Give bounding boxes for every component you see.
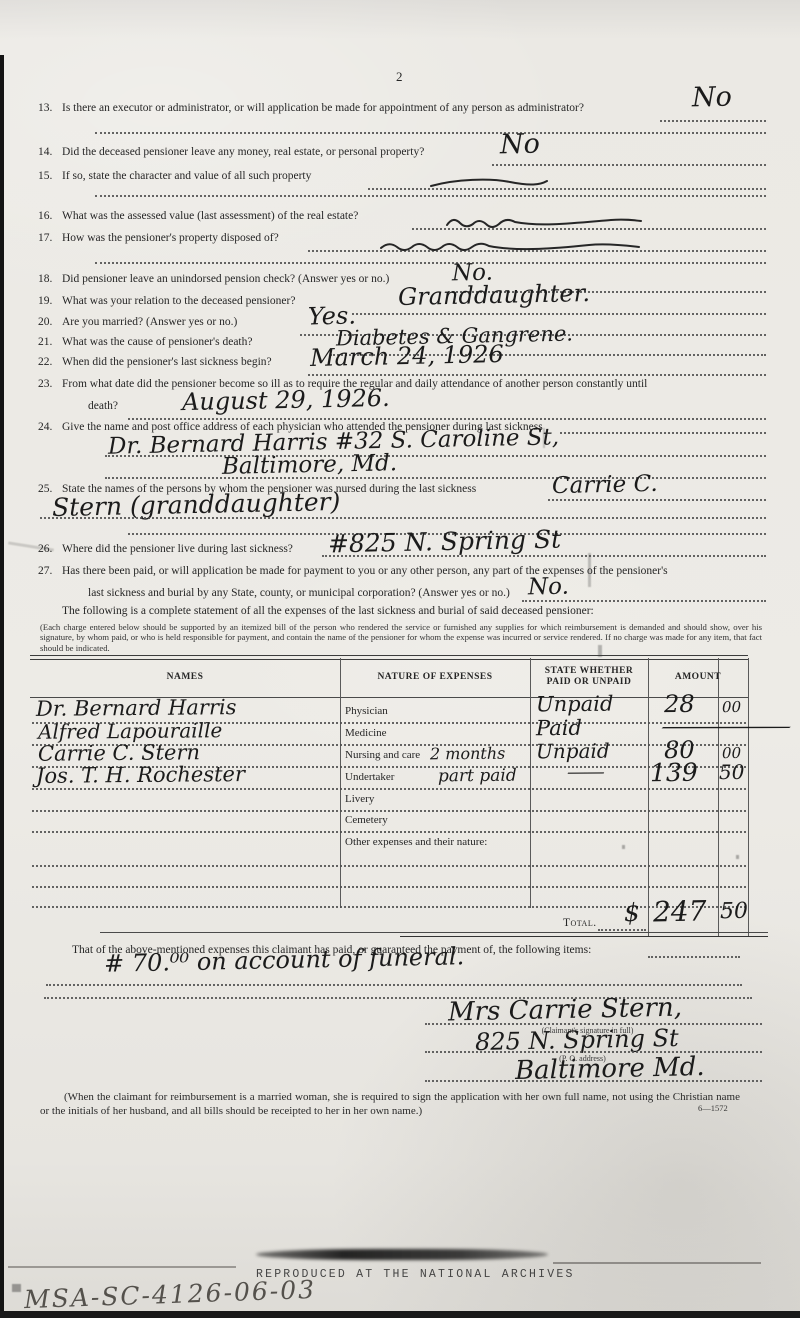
question-24-number: 24. [38, 421, 62, 434]
handwritten-claim-amount: # 70.⁰⁰ on account of funeral. [104, 944, 465, 976]
question-20-number: 20. [38, 316, 62, 329]
handwritten-paid-row3: Unpaid [536, 741, 610, 762]
total-label: Total. [563, 917, 597, 930]
question-15-number: 15. [38, 170, 62, 183]
total-underline [100, 932, 768, 933]
handwritten-squiggle [378, 239, 642, 255]
table-row-line [32, 810, 746, 812]
footer-note: (When the claimant for reimbursement is … [40, 1090, 740, 1118]
dotted-line [46, 984, 742, 986]
question-18-number: 18. [38, 273, 62, 286]
handwritten-answer-23: August 29, 1926. [182, 386, 390, 414]
table-top-rule [30, 655, 748, 660]
ink-dot [736, 855, 739, 859]
handwritten-answer-20: Yes. [308, 304, 356, 329]
handwritten-cents-row3: 00 [722, 746, 741, 761]
dotted-line [425, 1080, 762, 1082]
question-23-number: 23. [38, 378, 62, 391]
dotted-line [40, 517, 766, 519]
question-18: 18.Did pensioner leave an unindorsed pen… [38, 273, 389, 286]
dotted-line [548, 499, 766, 501]
dotted-line [105, 455, 766, 457]
question-21-number: 21. [38, 336, 62, 349]
table-column-divider [530, 658, 531, 908]
expense-label-other: Other expenses and their nature: [345, 836, 487, 848]
table-header-nature: NATURE OF EXPENSES [340, 672, 530, 683]
question-16-number: 16. [38, 210, 62, 223]
table-column-divider [648, 658, 649, 937]
ink-dot [622, 845, 625, 849]
question-26: 26.Where did the pensioner live during l… [38, 543, 293, 556]
handwritten-name-row3: Carrie C. Stern [38, 742, 200, 764]
question-26-number: 26. [38, 543, 62, 556]
handwritten-archive-code: MSA-SC-4126-06-03 [24, 1277, 317, 1312]
handwritten-answer-27: No. [528, 576, 569, 600]
handwritten-dollars-row1: 28 [664, 692, 695, 716]
handwritten-paid-row1: Unpaid [536, 694, 614, 716]
question-14: 14.Did the deceased pensioner leave any … [38, 146, 424, 159]
question-17-number: 17. [38, 232, 62, 245]
dotted-line [560, 432, 766, 434]
question-27-number: 27. [38, 565, 62, 578]
table-header-amount: AMOUNT [648, 672, 748, 683]
handwritten-paid-row4-dash: — [566, 764, 606, 782]
handwritten-answer-13: No [692, 84, 732, 112]
handwritten-name-row2: Alfred Lapouraille [38, 720, 222, 742]
expense-label-physician: Physician [345, 705, 388, 717]
handwritten-answer-14: No [500, 131, 540, 159]
question-23-text-line2: death? [88, 400, 118, 413]
question-27: 27.Has there been paid, or will applicat… [38, 565, 668, 578]
scan-edge-bottom [0, 1311, 800, 1318]
dotted-line [95, 262, 766, 264]
question-13-number: 13. [38, 102, 62, 115]
question-21: 21.What was the cause of pensioner's dea… [38, 336, 252, 349]
scanned-pension-form-page: 2 13.Is there an executor or administrat… [0, 0, 800, 1318]
expense-label-livery: Livery [345, 793, 374, 805]
dotted-line [598, 929, 646, 931]
page-number: 2 [396, 70, 403, 83]
expense-label-medicine: Medicine [345, 727, 387, 739]
handwritten-answer-22: March 24, 1926 [310, 342, 504, 370]
question-14-number: 14. [38, 146, 62, 159]
dotted-line [352, 313, 766, 315]
handwritten-answer-25-line1: Carrie C. [552, 473, 658, 498]
question-21-text: What was the cause of pensioner's death? [62, 336, 252, 348]
handwritten-answer-19: Granddaughter. [398, 281, 591, 309]
question-16: 16.What was the assessed value (last ass… [38, 210, 358, 223]
question-22-text: When did the pensioner's last sickness b… [62, 356, 272, 368]
question-22: 22.When did the pensioner's last sicknes… [38, 356, 272, 369]
handwritten-dollars-row4: 139 [650, 760, 698, 785]
dotted-line [648, 956, 740, 958]
question-18-text: Did pensioner leave an unindorsed pensio… [62, 273, 389, 285]
dotted-line [128, 418, 766, 420]
dotted-line [95, 132, 766, 134]
table-row-line [32, 788, 746, 790]
scan-line-right [553, 1262, 761, 1264]
scan-edge-left [0, 55, 4, 1311]
question-27-text-line2: last sickness and burial by any State, c… [88, 587, 510, 600]
handwritten-name-row4: Jos. T. H. Rochester [36, 764, 245, 787]
handwritten-dollars-row2-dash: — [655, 716, 797, 736]
dotted-line [308, 374, 766, 376]
expense-label-cemetery: Cemetery [345, 814, 388, 826]
handwritten-answer-25-line2: Stern (granddaughter) [52, 489, 341, 520]
question-19: 19.What was your relation to the decease… [38, 295, 295, 308]
table-column-divider [340, 658, 341, 908]
question-17: 17.How was the pensioner's property disp… [38, 232, 279, 245]
handwritten-signature-name: Mrs Carrie Stern, [448, 995, 682, 1026]
ink-blob [12, 1284, 21, 1292]
handwritten-squiggle [444, 214, 650, 230]
question-27-text-line1: Has there been paid, or will application… [62, 565, 668, 577]
dotted-line [105, 477, 766, 479]
handwritten-answer-26: #825 N. Spring St [328, 527, 562, 557]
handwritten-total-dollars: 247 [653, 897, 707, 926]
question-26-text: Where did the pensioner live during last… [62, 543, 293, 555]
table-right-border [748, 658, 749, 937]
handwritten-answer-24-line2: Baltimore, Md. [222, 452, 397, 479]
dotted-line [522, 600, 766, 602]
question-19-text: What was your relation to the deceased p… [62, 295, 295, 307]
expense-label-undertaker: Undertaker [345, 771, 394, 783]
dotted-line [492, 164, 766, 166]
dotted-line [660, 120, 766, 122]
question-13-text: Is there an executor or administrator, o… [62, 102, 584, 114]
expense-label-nursing: Nursing and care [345, 749, 420, 761]
table-header-paid: STATE WHETHER PAID OR UNPAID [530, 666, 648, 688]
table-row-line [32, 886, 746, 888]
stamp-smudge-bar [256, 1249, 548, 1260]
table-row-line [32, 865, 746, 867]
table-header-names: NAMES [30, 672, 340, 683]
handwritten-note-undertaker: part paid [438, 768, 517, 786]
question-14-text: Did the deceased pensioner leave any mon… [62, 146, 424, 158]
form-number: 6—1572 [698, 1103, 728, 1113]
question-13: 13.Is there an executor or administrator… [38, 102, 584, 115]
handwritten-name-row1: Dr. Bernard Harris [36, 697, 237, 720]
question-16-text: What was the assessed value (last assess… [62, 210, 358, 222]
total-underline-2 [400, 936, 768, 937]
statement-intro: The following is a complete statement of… [62, 605, 594, 618]
question-15-text: If so, state the character and value of … [62, 170, 311, 182]
handwritten-total-sign: $ [624, 900, 640, 925]
fine-print: (Each charge entered below should be sup… [40, 622, 762, 653]
question-20-text: Are you married? (Answer yes or no.) [62, 316, 237, 328]
table-cents-divider [718, 658, 719, 937]
handwritten-signature-address: 825 N. Spring St [475, 1026, 679, 1054]
handwritten-total-cents: 50 [720, 901, 748, 924]
question-20: 20.Are you married? (Answer yes or no.) [38, 316, 237, 329]
scan-line-left [8, 1266, 236, 1268]
handwritten-cents-row4: 50 [719, 762, 745, 782]
dotted-line [425, 1051, 762, 1053]
question-15: 15.If so, state the character and value … [38, 170, 311, 183]
question-17-text: How was the pensioner's property dispose… [62, 232, 279, 244]
question-22-number: 22. [38, 356, 62, 369]
question-19-number: 19. [38, 295, 62, 308]
handwritten-paid-row2: Paid [536, 718, 582, 739]
dotted-line [95, 195, 766, 197]
table-row-line [32, 831, 746, 833]
handwritten-note-nursing: 2 months [430, 746, 505, 763]
handwritten-squiggle [428, 176, 550, 190]
